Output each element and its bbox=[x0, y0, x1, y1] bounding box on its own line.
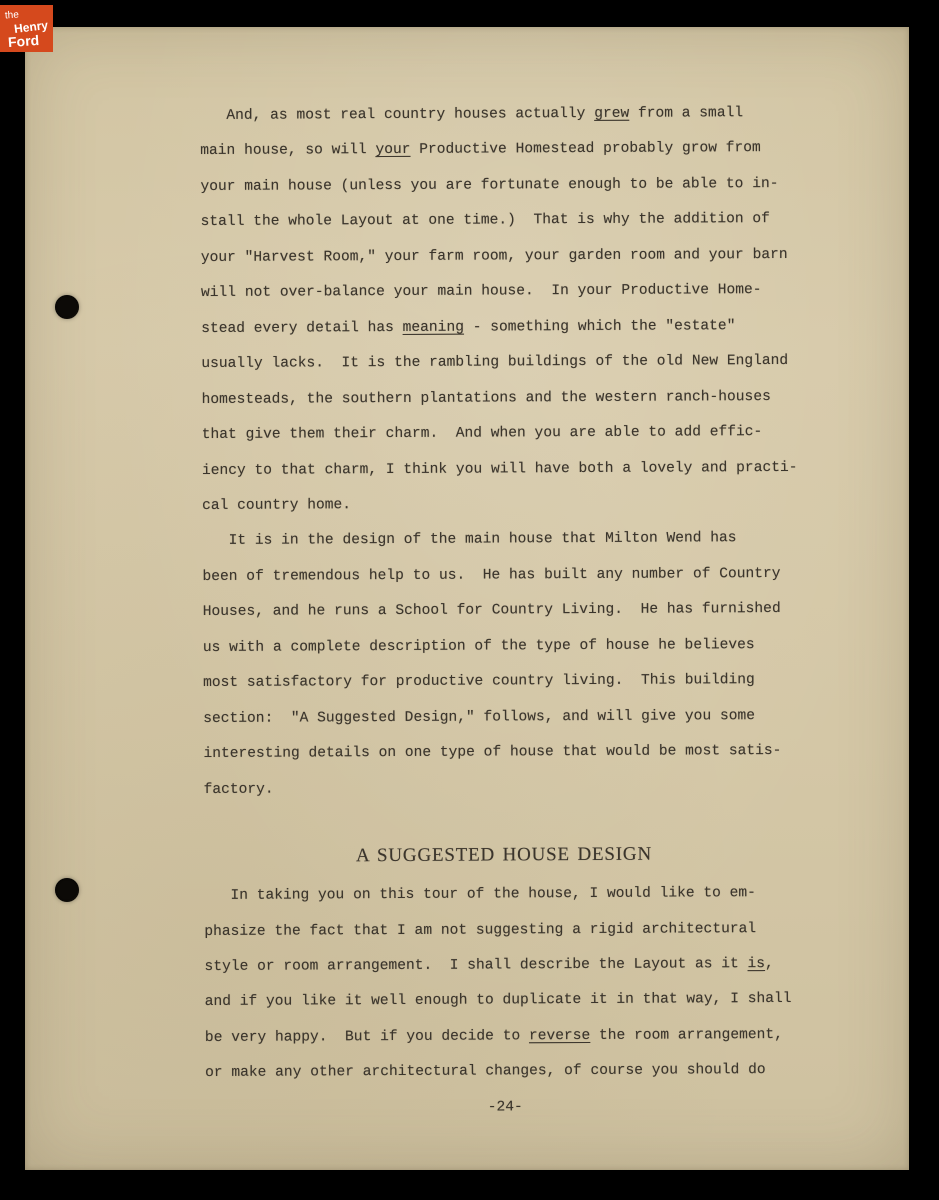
paragraph-1: And, as most real country houses actuall… bbox=[200, 96, 802, 525]
typed-line: homesteads, the southern plantations and… bbox=[201, 379, 801, 418]
scanned-document: the Henry Ford And, as most real country… bbox=[0, 0, 939, 1200]
typed-line: or make any other architectural changes,… bbox=[205, 1053, 805, 1092]
typed-line: And, as most real country houses actuall… bbox=[200, 96, 800, 135]
typed-line: that give them their charm. And when you… bbox=[202, 415, 802, 454]
typed-line: interesting details on one type of house… bbox=[203, 734, 803, 773]
henry-ford-logo: the Henry Ford bbox=[0, 5, 53, 52]
typed-line: style or room arrangement. I shall descr… bbox=[204, 947, 804, 986]
typed-line: It is in the design of the main house th… bbox=[202, 521, 802, 560]
typed-line: us with a complete description of the ty… bbox=[203, 628, 803, 667]
typed-line: been of tremendous help to us. He has bu… bbox=[202, 557, 802, 596]
underlined-word: grew bbox=[594, 106, 629, 122]
document-page: And, as most real country houses actuall… bbox=[25, 27, 909, 1170]
typed-line: your "Harvest Room," your farm room, you… bbox=[201, 238, 801, 277]
punch-hole-top bbox=[55, 295, 79, 319]
page-number: -24- bbox=[205, 1089, 805, 1128]
typed-line: your main house (unless you are fortunat… bbox=[200, 167, 800, 206]
section-heading: A SUGGESTED HOUSE DESIGN bbox=[204, 841, 804, 870]
typed-line: stall the whole Layout at one time.) Tha… bbox=[201, 202, 801, 241]
typed-line: factory. bbox=[204, 769, 804, 808]
logo-word-ford: Ford bbox=[8, 33, 40, 49]
paragraph-3: In taking you on this tour of the house,… bbox=[204, 876, 805, 1092]
typed-line: Houses, and he runs a School for Country… bbox=[203, 592, 803, 631]
underlined-word: is bbox=[747, 956, 765, 972]
typed-line: and if you like it well enough to duplic… bbox=[205, 982, 805, 1021]
typed-line: be very happy. But if you decide to reve… bbox=[205, 1018, 805, 1057]
typed-line: main house, so will your Productive Home… bbox=[200, 131, 800, 170]
typed-line: iency to that charm, I think you will ha… bbox=[202, 450, 802, 489]
typed-line: section: "A Suggested Design," follows, … bbox=[203, 699, 803, 738]
typed-line: stead every detail has meaning - somethi… bbox=[201, 309, 801, 348]
typed-line: In taking you on this tour of the house,… bbox=[204, 876, 804, 915]
underlined-word: your bbox=[375, 142, 410, 158]
typed-line: most satisfactory for productive country… bbox=[203, 663, 803, 702]
typed-text-block: And, as most real country houses actuall… bbox=[200, 96, 805, 1127]
typed-line: will not over-balance your main house. I… bbox=[201, 273, 801, 312]
punch-hole-bottom bbox=[55, 878, 79, 902]
paragraph-2: It is in the design of the main house th… bbox=[202, 521, 803, 808]
typed-line: usually lacks. It is the rambling buildi… bbox=[201, 344, 801, 383]
typed-line: phasize the fact that I am not suggestin… bbox=[204, 911, 804, 950]
logo-word-the: the bbox=[5, 11, 20, 22]
typed-line: cal country home. bbox=[202, 486, 802, 525]
underlined-word: reverse bbox=[529, 1028, 590, 1044]
underlined-word: meaning bbox=[403, 319, 464, 335]
